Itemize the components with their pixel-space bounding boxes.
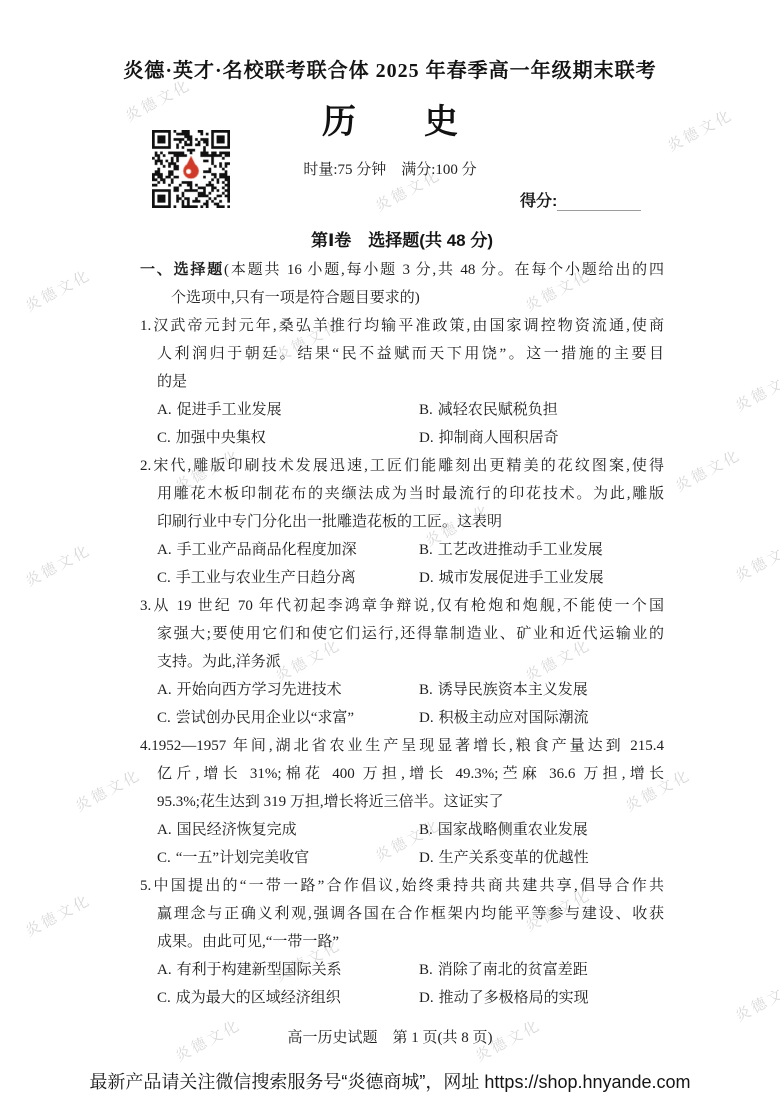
options-row: C.手工业与农业生产日趋分离 D.城市发展促进手工业发展 — [140, 564, 664, 592]
question-stem: 2.宋代,雕版印刷技术发展迅速,工匠们能雕刻出更精美的花纹图案,使得 — [140, 452, 664, 480]
option-A: A.开始向西方学习先进技术 — [157, 676, 419, 704]
watermark-text: 炎德文化 — [21, 889, 94, 941]
question-number: 4. — [140, 738, 151, 754]
question-2: 2.宋代,雕版印刷技术发展迅速,工匠们能雕刻出更精美的花纹图案,使得 用雕花木板… — [140, 452, 664, 592]
option-C: C.手工业与农业生产日趋分离 — [157, 564, 419, 592]
options-row: A.国民经济恢复完成 B.国家战略侧重农业发展 — [140, 816, 664, 844]
stem-line: 从 19 世纪 70 年代初起李鸿章争辩说,仅有枪炮和炮舰,不能使一个国 — [151, 598, 664, 614]
stem-line: 中国提出的“一带一路”合作倡议,始终秉持共商共建共享,倡导合作共 — [151, 878, 664, 894]
option-D: D.推动了多极格局的实现 — [419, 984, 589, 1012]
option-D: D.抑制商人囤积居奇 — [419, 424, 559, 452]
question-number: 1. — [140, 318, 151, 334]
stem-line: 成果。由此可见,“一带一路” — [140, 928, 664, 956]
watermark-text: 炎德文化 — [731, 364, 780, 416]
score-label: 得分: — [520, 193, 557, 210]
watermark-text: 炎德文化 — [21, 539, 94, 591]
question-5: 5.中国提出的“一带一路”合作倡议,始终秉持共商共建共享,倡导合作共 赢理念与正… — [140, 872, 664, 1012]
options-row: C.“一五”计划完美收官 D.生产关系变革的优越性 — [140, 844, 664, 872]
options-row: A.有利于构建新型国际关系 B.消除了南北的贫富差距 — [140, 956, 664, 984]
option-B: B.消除了南北的贫富差距 — [419, 956, 588, 984]
question-number: 2. — [140, 458, 151, 474]
exam-body: 第Ⅰ卷 选择题(共 48 分) 一、选择题(本题共 16 小题,每小题 3 分,… — [140, 228, 664, 1012]
instruction-text: (本题共 16 小题,每小题 3 分,共 48 分。在每个小题给出的四 — [224, 262, 664, 278]
option-B: B.国家战略侧重农业发展 — [419, 816, 588, 844]
subject-title: 历 史 — [0, 100, 780, 144]
question-stem: 5.中国提出的“一带一路”合作倡议,始终秉持共商共建共享,倡导合作共 — [140, 872, 664, 900]
option-C: C.尝试创办民用企业以“求富” — [157, 704, 419, 732]
option-D: D.积极主动应对国际潮流 — [419, 704, 589, 732]
stem-line: 的是 — [140, 368, 664, 396]
option-C: C.成为最大的区域经济组织 — [157, 984, 419, 1012]
option-A: A.国民经济恢复完成 — [157, 816, 419, 844]
option-B: B.减轻农民赋税负担 — [419, 396, 558, 424]
options-row: A.手工业产品商品化程度加深 B.工艺改进推动手工业发展 — [140, 536, 664, 564]
score-blank-line — [557, 196, 641, 211]
watermark-text: 炎德文化 — [21, 264, 94, 316]
option-A: A.促进手工业发展 — [157, 396, 419, 424]
options-row: C.加强中央集权 D.抑制商人囤积居奇 — [140, 424, 664, 452]
option-B: B.诱导民族资本主义发展 — [419, 676, 588, 704]
option-C: C.“一五”计划完美收官 — [157, 844, 419, 872]
question-stem: 4.1952—1957 年间,湖北省农业生产呈现显著增长,粮食产量达到 215.… — [140, 732, 664, 760]
stem-line: 宋代,雕版印刷技术发展迅速,工匠们能雕刻出更精美的花纹图案,使得 — [151, 458, 664, 474]
instruction-lead: 一、选择题 — [140, 261, 224, 278]
stem-line: 亿斤,增长 31%;棉花 400 万担,增长 49.3%;苎麻 36.6 万担,… — [140, 760, 664, 788]
question-1: 1.汉武帝元封元年,桑弘羊推行均输平准政策,由国家调控物资流通,使商 人利润归于… — [140, 312, 664, 452]
question-3: 3.从 19 世纪 70 年代初起李鸿章争辩说,仅有枪炮和炮舰,不能使一个国 家… — [140, 592, 664, 732]
question-stem: 1.汉武帝元封元年,桑弘羊推行均输平准政策,由国家调控物资流通,使商 — [140, 312, 664, 340]
stem-line: 1952—1957 年间,湖北省农业生产呈现显著增长,粮食产量达到 215.4 — [151, 738, 664, 754]
stem-line: 印刷行业中专门分化出一批雕造花板的工匠。这表明 — [140, 508, 664, 536]
watermark-text: 炎德文化 — [731, 974, 780, 1026]
options-row: A.开始向西方学习先进技术 B.诱导民族资本主义发展 — [140, 676, 664, 704]
duration-and-total-score: 时量:75 分钟 满分:100 分 — [0, 158, 780, 179]
page-number-line: 高一历史试题 第 1 页(共 8 页) — [0, 1026, 780, 1047]
stem-line: 汉武帝元封元年,桑弘羊推行均输平准政策,由国家调控物资流通,使商 — [151, 318, 664, 334]
option-A: A.有利于构建新型国际关系 — [157, 956, 419, 984]
option-D: D.生产关系变革的优越性 — [419, 844, 589, 872]
question-stem: 3.从 19 世纪 70 年代初起李鸿章争辩说,仅有枪炮和炮舰,不能使一个国 — [140, 592, 664, 620]
options-row: C.成为最大的区域经济组织 D.推动了多极格局的实现 — [140, 984, 664, 1012]
stem-line: 95.3%;花生达到 319 万担,增长将近三倍半。这证实了 — [140, 788, 664, 816]
question-4: 4.1952—1957 年间,湖北省农业生产呈现显著增长,粮食产量达到 215.… — [140, 732, 664, 872]
option-A: A.手工业产品商品化程度加深 — [157, 536, 419, 564]
option-B: B.工艺改进推动手工业发展 — [419, 536, 603, 564]
watermark-text: 炎德文化 — [671, 444, 744, 496]
promo-banner: 最新产品请关注微信搜索服务号“炎德商城”，网址 https://shop.hny… — [0, 1068, 780, 1094]
stem-line: 用雕花木板印制花布的夹缬法成为当时最流行的印花技术。为此,雕版 — [140, 480, 664, 508]
volume-heading: 第Ⅰ卷 选择题(共 48 分) — [140, 228, 664, 254]
stem-line: 家强大;要使用它们和使它们运行,还得靠制造业、矿业和近代运输业的 — [140, 620, 664, 648]
watermark-text: 炎德文化 — [731, 534, 780, 586]
question-number: 3. — [140, 598, 151, 614]
option-D: D.城市发展促进手工业发展 — [419, 564, 604, 592]
stem-line: 支持。为此,洋务派 — [140, 648, 664, 676]
instruction-line-1: 一、选择题(本题共 16 小题,每小题 3 分,共 48 分。在每个小题给出的四 — [140, 256, 664, 284]
options-row: A.促进手工业发展 B.减轻农民赋税负担 — [140, 396, 664, 424]
stem-line: 人利润归于朝廷。结果“民不益赋而天下用饶”。这一措施的主要目 — [140, 340, 664, 368]
instruction-line-2: 个选项中,只有一项是符合题目要求的) — [140, 284, 664, 312]
question-number: 5. — [140, 878, 151, 894]
exam-organizer-title: 炎德·英才·名校联考联合体 2025 年春季高一年级期末联考 — [0, 54, 780, 83]
score-field: 得分: — [520, 188, 641, 211]
watermark-text: 炎德文化 — [71, 764, 144, 816]
option-C: C.加强中央集权 — [157, 424, 419, 452]
stem-line: 赢理念与正确义利观,强调各国在合作框架内均能平等参与建设、收获 — [140, 900, 664, 928]
options-row: C.尝试创办民用企业以“求富” D.积极主动应对国际潮流 — [140, 704, 664, 732]
